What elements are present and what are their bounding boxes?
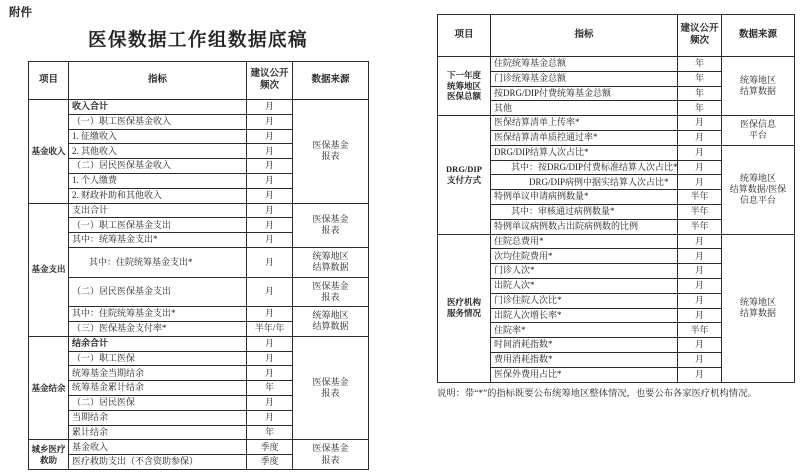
indicator-cell: （二）居民医保基金收入 xyxy=(69,159,247,174)
indicator-cell: 门诊人次* xyxy=(491,264,678,279)
source-cell: 医保基金 报表 xyxy=(293,277,369,307)
col-header-item: 项目 xyxy=(29,62,69,100)
attachment-label: 附件 xyxy=(9,4,32,20)
col-header-frequency: 建议公开 频次 xyxy=(247,62,293,100)
source-cell: 医保基金 报表 xyxy=(293,336,369,440)
indicator-cell: 其中：按DRG/DIP付费标准结算人次占比* xyxy=(491,160,678,175)
indicator-cell: 时间消耗指数* xyxy=(491,338,678,353)
indicator-cell: 统筹基金累计结余 xyxy=(69,381,247,396)
section-label: 基金收入 xyxy=(29,100,69,204)
indicator-cell: 出院人次增长率* xyxy=(491,308,678,323)
frequency-cell: 月 xyxy=(247,410,293,425)
source-cell: 统筹地区 结算数据 xyxy=(293,307,369,337)
frequency-cell: 月 xyxy=(247,351,293,366)
left-table: 项目 指标 建议公开 频次 数据来源 基金收入 收入合计 月 医保基金 报表 （… xyxy=(28,61,369,470)
frequency-cell: 年 xyxy=(247,425,293,440)
indicator-cell: （三）医保基金支付率* xyxy=(69,321,247,336)
indicator-cell: 其中：住院统筹基金支出* xyxy=(69,247,247,277)
col-header-source: 数据来源 xyxy=(293,62,369,100)
section-label: 基金结余 xyxy=(29,336,69,440)
table-row: DRG/DIP结算人次占比* 月 统筹地区 结算数据/医保 信息平台 xyxy=(438,145,795,160)
col-header-item: 项目 xyxy=(438,15,491,57)
col-header-indicator: 指标 xyxy=(491,15,678,57)
frequency-cell: 季度 xyxy=(247,440,293,455)
table-row: 基金收入 收入合计 月 医保基金 报表 xyxy=(29,100,369,115)
frequency-cell: 月 xyxy=(247,336,293,351)
frequency-cell: 月 xyxy=(247,395,293,410)
frequency-cell: 月 xyxy=(678,367,722,382)
frequency-cell: 月 xyxy=(678,160,722,175)
indicator-cell: 统筹基金当期结余 xyxy=(69,366,247,381)
frequency-cell: 年 xyxy=(678,101,722,116)
indicator-cell: 累计结余 xyxy=(69,425,247,440)
col-header-source: 数据来源 xyxy=(722,15,795,57)
source-cell: 统筹地区 结算数据 xyxy=(293,247,369,277)
col-header-frequency: 建议公开 频次 xyxy=(678,15,722,57)
indicator-cell: 特例单议病例数占出院病例数的比例 xyxy=(491,219,678,234)
indicator-cell: 其他 xyxy=(491,101,678,116)
table-row: 城乡医疗 救助 基金收入 季度 医保基金 报表 xyxy=(29,440,369,455)
source-cell: 医保基金 报表 xyxy=(293,100,369,204)
frequency-cell: 月 xyxy=(247,247,293,277)
frequency-cell: 月 xyxy=(247,100,293,115)
frequency-cell: 月 xyxy=(678,249,722,264)
frequency-cell: 月 xyxy=(247,129,293,144)
indicator-cell: 出院人次* xyxy=(491,278,678,293)
source-cell: 医保基金 报表 xyxy=(293,440,369,470)
frequency-cell: 半年 xyxy=(678,190,722,205)
frequency-cell: 月 xyxy=(247,366,293,381)
frequency-cell: 月 xyxy=(678,338,722,353)
indicator-cell: 住院统筹基金总额 xyxy=(491,57,678,72)
indicator-cell: 1. 征缴收入 xyxy=(69,129,247,144)
section-label: 基金支出 xyxy=(29,203,69,336)
source-cell: 医保基金 报表 xyxy=(293,203,369,247)
indicator-cell: 医疗救助支出（不含资助参保） xyxy=(69,455,247,470)
frequency-cell: 月 xyxy=(247,203,293,218)
frequency-cell: 月 xyxy=(678,130,722,145)
frequency-cell: 月 xyxy=(678,293,722,308)
table-row: 其中：住院统筹基金支出* 月 统筹地区 结算数据 xyxy=(29,247,369,277)
frequency-cell: 月 xyxy=(678,234,722,249)
source-cell: 统筹地区 结算数据/医保 信息平台 xyxy=(722,145,795,234)
frequency-cell: 半年/年 xyxy=(247,321,293,336)
indicator-cell: （一）职工医保基金收入 xyxy=(69,114,247,129)
col-header-indicator: 指标 xyxy=(69,62,247,100)
indicator-cell: 费用消耗指数* xyxy=(491,352,678,367)
section-label: 城乡医疗 救助 xyxy=(29,440,69,470)
indicator-cell: 门诊住院人次比* xyxy=(491,293,678,308)
frequency-cell: 月 xyxy=(247,114,293,129)
right-table: 项目 指标 建议公开 频次 数据来源 下一年度 统筹地区 医保总额 住院统筹基金… xyxy=(437,14,795,383)
frequency-cell: 月 xyxy=(678,116,722,131)
frequency-cell: 年 xyxy=(247,381,293,396)
indicator-cell: 支出合计 xyxy=(69,203,247,218)
frequency-cell: 年 xyxy=(678,71,722,86)
frequency-cell: 月 xyxy=(678,145,722,160)
indicator-cell: 医保结算清单质控通过率* xyxy=(491,130,678,145)
table-row: 其中：住院统筹基金支出* 月 统筹地区 结算数据 xyxy=(29,307,369,322)
indicator-cell: 其中：统筹基金支出* xyxy=(69,233,247,248)
table-row: 基金支出 支出合计 月 医保基金 报表 xyxy=(29,203,369,218)
frequency-cell: 年 xyxy=(678,57,722,72)
indicator-cell: 医保结算清单上传率* xyxy=(491,116,678,131)
indicator-cell: 当期结余 xyxy=(69,410,247,425)
indicator-cell: 门诊统筹基金总额 xyxy=(491,71,678,86)
source-cell: 统筹地区 结算数据 xyxy=(722,57,795,116)
indicator-cell: 2. 财政补助和其他收入 xyxy=(69,188,247,203)
section-label: DRG/DIP 支付方式 xyxy=(438,116,491,234)
indicator-cell: DRG/DIP病例中据实结算人次占比* xyxy=(491,175,678,190)
indicator-cell: 2. 其他收入 xyxy=(69,144,247,159)
footnote: 说明：带“*”的指标既要公布统筹地区整体情况，也要公布各家医疗机构情况。 xyxy=(437,388,797,400)
frequency-cell: 月 xyxy=(678,352,722,367)
indicator-cell: 基金收入 xyxy=(69,440,247,455)
frequency-cell: 半年 xyxy=(678,219,722,234)
frequency-cell: 月 xyxy=(247,233,293,248)
frequency-cell: 年 xyxy=(678,86,722,101)
table-row: DRG/DIP 支付方式 医保结算清单上传率* 月 医保信息 平台 xyxy=(438,116,795,131)
table-row: 下一年度 统筹地区 医保总额 住院统筹基金总额 年 统筹地区 结算数据 xyxy=(438,57,795,72)
indicator-cell: （二）居民医保基金支出 xyxy=(69,277,247,307)
left-table-header-row: 项目 指标 建议公开 频次 数据来源 xyxy=(29,62,369,100)
source-cell: 统筹地区 结算数据 xyxy=(722,234,795,382)
frequency-cell: 季度 xyxy=(247,455,293,470)
indicator-cell: （一）职工医保 xyxy=(69,351,247,366)
frequency-cell: 月 xyxy=(247,173,293,188)
indicator-cell: 住院总费用* xyxy=(491,234,678,249)
document-title: 医保数据工作组数据底稿 xyxy=(28,26,368,52)
indicator-cell: 特例单议申请病例数量* xyxy=(491,190,678,205)
frequency-cell: 月 xyxy=(247,144,293,159)
indicator-cell: 按DRG/DIP付费统筹基金总额 xyxy=(491,86,678,101)
right-table-header-row: 项目 指标 建议公开 频次 数据来源 xyxy=(438,15,795,57)
frequency-cell: 月 xyxy=(247,218,293,233)
indicator-cell: 结余合计 xyxy=(69,336,247,351)
indicator-cell: 次均住院费用* xyxy=(491,249,678,264)
indicator-cell: 住院率* xyxy=(491,323,678,338)
table-row: 医疗机构 服务情况 住院总费用* 月 统筹地区 结算数据 xyxy=(438,234,795,249)
frequency-cell: 半年 xyxy=(678,204,722,219)
frequency-cell: 月 xyxy=(247,277,293,307)
frequency-cell: 月 xyxy=(678,264,722,279)
indicator-cell: 其中：住院统筹基金支出* xyxy=(69,307,247,322)
frequency-cell: 月 xyxy=(678,308,722,323)
indicator-cell: DRG/DIP结算人次占比* xyxy=(491,145,678,160)
indicator-cell: 收入合计 xyxy=(69,100,247,115)
frequency-cell: 半年 xyxy=(678,323,722,338)
indicator-cell: （一）职工医保基金支出 xyxy=(69,218,247,233)
indicator-cell: 1. 个人缴费 xyxy=(69,173,247,188)
table-row: （二）居民医保基金支出 月 医保基金 报表 xyxy=(29,277,369,307)
frequency-cell: 月 xyxy=(678,278,722,293)
indicator-cell: （二）居民医保 xyxy=(69,395,247,410)
frequency-cell: 月 xyxy=(247,188,293,203)
frequency-cell: 月 xyxy=(247,307,293,322)
indicator-cell: 医保外费用占比* xyxy=(491,367,678,382)
section-label: 下一年度 统筹地区 医保总额 xyxy=(438,57,491,116)
indicator-cell: 其中：审核通过病例数量* xyxy=(491,204,678,219)
section-label: 医疗机构 服务情况 xyxy=(438,234,491,382)
source-cell: 医保信息 平台 xyxy=(722,116,795,146)
frequency-cell: 月 xyxy=(247,159,293,174)
frequency-cell: 月 xyxy=(678,175,722,190)
table-row: 基金结余 结余合计 月 医保基金 报表 xyxy=(29,336,369,351)
